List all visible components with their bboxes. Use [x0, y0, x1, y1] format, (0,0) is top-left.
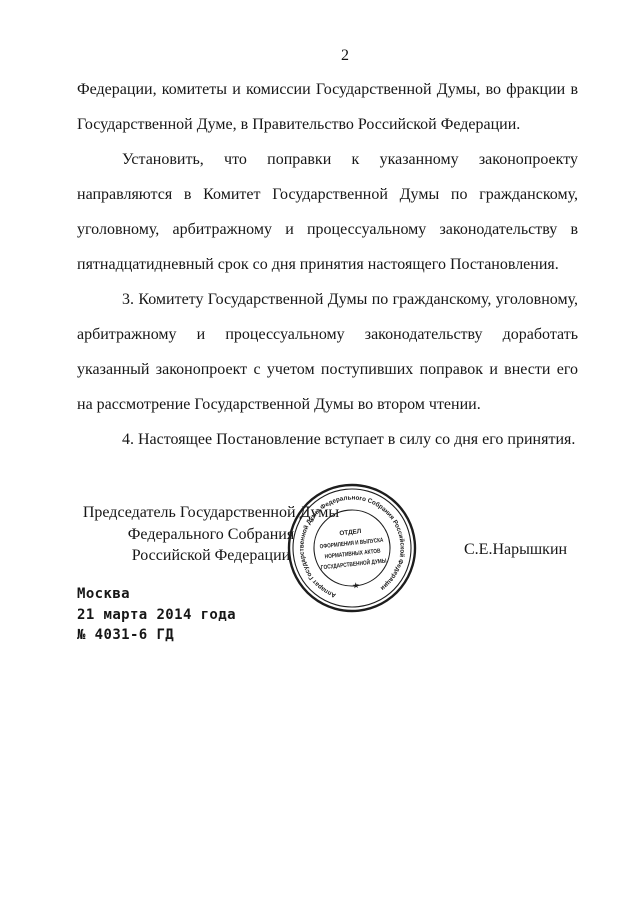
page-number: 2	[95, 47, 595, 65]
issuance-city: Москва	[77, 584, 236, 605]
paragraph-1: Федерации, комитеты и комиссии Государст…	[77, 72, 578, 142]
stamp-center-line-1: ОТДЕЛ	[339, 528, 362, 537]
signatory-name: С.Е.Нарышкин	[464, 541, 567, 559]
document-number: № 4031-6 ГД	[77, 625, 236, 646]
official-stamp-seal: Аппарат Государственной Думы Федеральног…	[279, 475, 424, 620]
paragraph-2: Установить, что поправки к указанному за…	[77, 142, 578, 282]
issuance-block: Москва 21 марта 2014 года № 4031-6 ГД	[77, 584, 236, 646]
paragraph-4: 4. Настоящее Постановление вступает в си…	[77, 422, 578, 457]
paragraph-3: 3. Комитету Государственной Думы по граж…	[77, 282, 578, 422]
document-page: 2 Федерации, комитеты и комиссии Государ…	[0, 0, 640, 905]
stamp-center-line-3: НОРМАТИВНЫХ АКТОВ	[325, 548, 382, 560]
document-body: Федерации, комитеты и комиссии Государст…	[77, 72, 578, 457]
stamp-star-icon: ★	[352, 581, 360, 590]
issuance-date: 21 марта 2014 года	[77, 605, 236, 626]
